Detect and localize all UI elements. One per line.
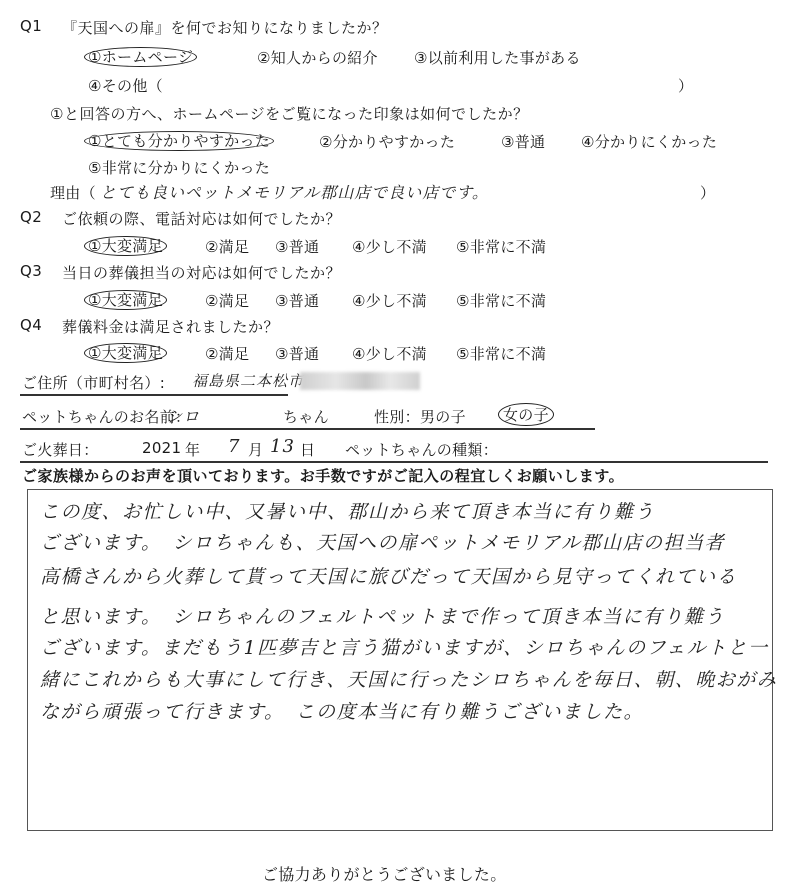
date-day[interactable]: 13 — [270, 436, 295, 457]
selected-circle-mark: ①とても分かりやすかった — [84, 131, 274, 151]
selected-circle-mark: ①大変満足 — [84, 290, 167, 310]
q1-option-3[interactable]: ③以前利用した事がある — [414, 47, 581, 68]
q2-option-4[interactable]: ④少し不満 — [352, 236, 427, 257]
pet-name-value[interactable]: シロ — [166, 404, 200, 427]
comment-line: ながら頑張って行きます。 この度本当に有り難うございました。 — [40, 697, 644, 724]
comment-line: ございます。 シロちゃんも、天国への扉ペットメモリアル郡山店の担当者 — [40, 528, 725, 555]
comment-line: と思います。 シロちゃんのフェルトペットまで作って頂き本当に有り難う — [40, 602, 725, 629]
date-month[interactable]: 7 — [228, 436, 240, 457]
gender-option-male[interactable]: 男の子 — [420, 406, 466, 427]
selected-circle-mark: ①大変満足 — [84, 236, 167, 256]
month-unit: 月 — [248, 439, 263, 460]
pet-name-underline — [20, 428, 595, 430]
q1-followup-option-4[interactable]: ④分かりにくかった — [581, 131, 717, 152]
q2-option-1[interactable]: ①大変満足 — [88, 236, 167, 256]
q2-option-3[interactable]: ③普通 — [275, 236, 319, 257]
q1-option-4[interactable]: ④その他（ — [88, 75, 163, 96]
gender-label: 性別： — [374, 406, 420, 427]
day-unit: 日 — [300, 439, 315, 460]
q2-number: Q2 — [20, 208, 42, 226]
pet-name-suffix: ちゃん — [283, 406, 329, 427]
comment-line: 高橋さんから火葬して貰って天国に旅びだって天国から見守ってくれている — [40, 562, 737, 589]
comment-line: ございます。まだもう1匹夢吉と言う猫がいますが、シロちゃんのフェルトと一 — [40, 633, 769, 660]
reason-label: 理由（ — [50, 182, 96, 203]
q4-question: 葬儀料金は満足されましたか？ — [62, 316, 279, 337]
q3-option-5[interactable]: ⑤非常に不満 — [456, 290, 546, 311]
date-underline — [20, 461, 768, 463]
redacted-address-block — [300, 370, 420, 390]
q4-option-4[interactable]: ④少し不満 — [352, 343, 427, 364]
address-underline — [20, 394, 288, 396]
address-label: ご住所（市町村名）: — [22, 372, 165, 393]
comments-prompt: ご家族様からのお声を頂いております。お手数ですがご記入の程宜しくお願いします。 — [22, 465, 624, 486]
q2-question: ご依頼の際、電話対応は如何でしたか？ — [62, 208, 341, 229]
pet-type-label: ペットちゃんの種類： — [345, 439, 498, 460]
q2-option-5[interactable]: ⑤非常に不満 — [456, 236, 546, 257]
q3-option-1[interactable]: ①大変満足 — [88, 290, 167, 310]
q1-other-close: ） — [678, 75, 693, 96]
comment-line: この度、お忙しい中、又暑い中、郡山から来て頂き本当に有り難う — [40, 497, 655, 524]
q1-followup-option-5[interactable]: ⑤非常に分かりにくかった — [88, 157, 270, 178]
address-value[interactable]: 福島県二本松市 — [192, 370, 304, 391]
q4-number: Q4 — [20, 316, 42, 334]
year-unit: 年 — [185, 439, 200, 460]
q4-option-5[interactable]: ⑤非常に不満 — [456, 343, 546, 364]
q1-followup-option-2[interactable]: ②分かりやすかった — [319, 131, 455, 152]
q3-question: 当日の葬儀担当の対応は如何でしたか？ — [62, 262, 341, 283]
selected-circle-mark: ①ホームページ — [84, 47, 197, 67]
footer-thanks: ご協力ありがとうございました。 — [262, 862, 507, 885]
q3-option-3[interactable]: ③普通 — [275, 290, 319, 311]
comment-line: 緒にこれからも大事にして行き、天国に行ったシロちゃんを毎日、朝、晩おがみ — [40, 665, 777, 692]
q4-option-2[interactable]: ②満足 — [205, 343, 249, 364]
selected-circle-mark: ①大変満足 — [84, 343, 167, 363]
gender-option-female[interactable]: 女の子 — [498, 403, 554, 426]
q2-option-2[interactable]: ②満足 — [205, 236, 249, 257]
reason-close: ） — [700, 182, 715, 203]
q1-option-2[interactable]: ②知人からの紹介 — [257, 47, 378, 68]
q4-option-3[interactable]: ③普通 — [275, 343, 319, 364]
q1-followup-option-3[interactable]: ③普通 — [501, 131, 545, 152]
q3-option-2[interactable]: ②満足 — [205, 290, 249, 311]
date-year[interactable]: 2021 — [142, 439, 181, 457]
q3-option-4[interactable]: ④少し不満 — [352, 290, 427, 311]
reason-handwritten-value[interactable]: とても良いペットメモリアル郡山店で良い店です。 — [100, 180, 489, 203]
q3-number: Q3 — [20, 262, 42, 280]
selected-circle-mark: 女の子 — [498, 403, 554, 426]
q1-followup-option-1[interactable]: ①とても分かりやすかった — [88, 131, 274, 151]
cremation-date-label: ご火葬日： — [22, 439, 99, 460]
q1-number: Q1 — [20, 17, 42, 35]
q1-option-1[interactable]: ①ホームページ — [88, 47, 197, 67]
q1-followup-question: ①と回答の方へ、ホームページをご覧になった印象は如何でしたか？ — [50, 103, 529, 124]
q1-question: 『天国への扉』を何でお知りになりましたか？ — [62, 17, 388, 38]
q4-option-1[interactable]: ①大変満足 — [88, 343, 167, 363]
